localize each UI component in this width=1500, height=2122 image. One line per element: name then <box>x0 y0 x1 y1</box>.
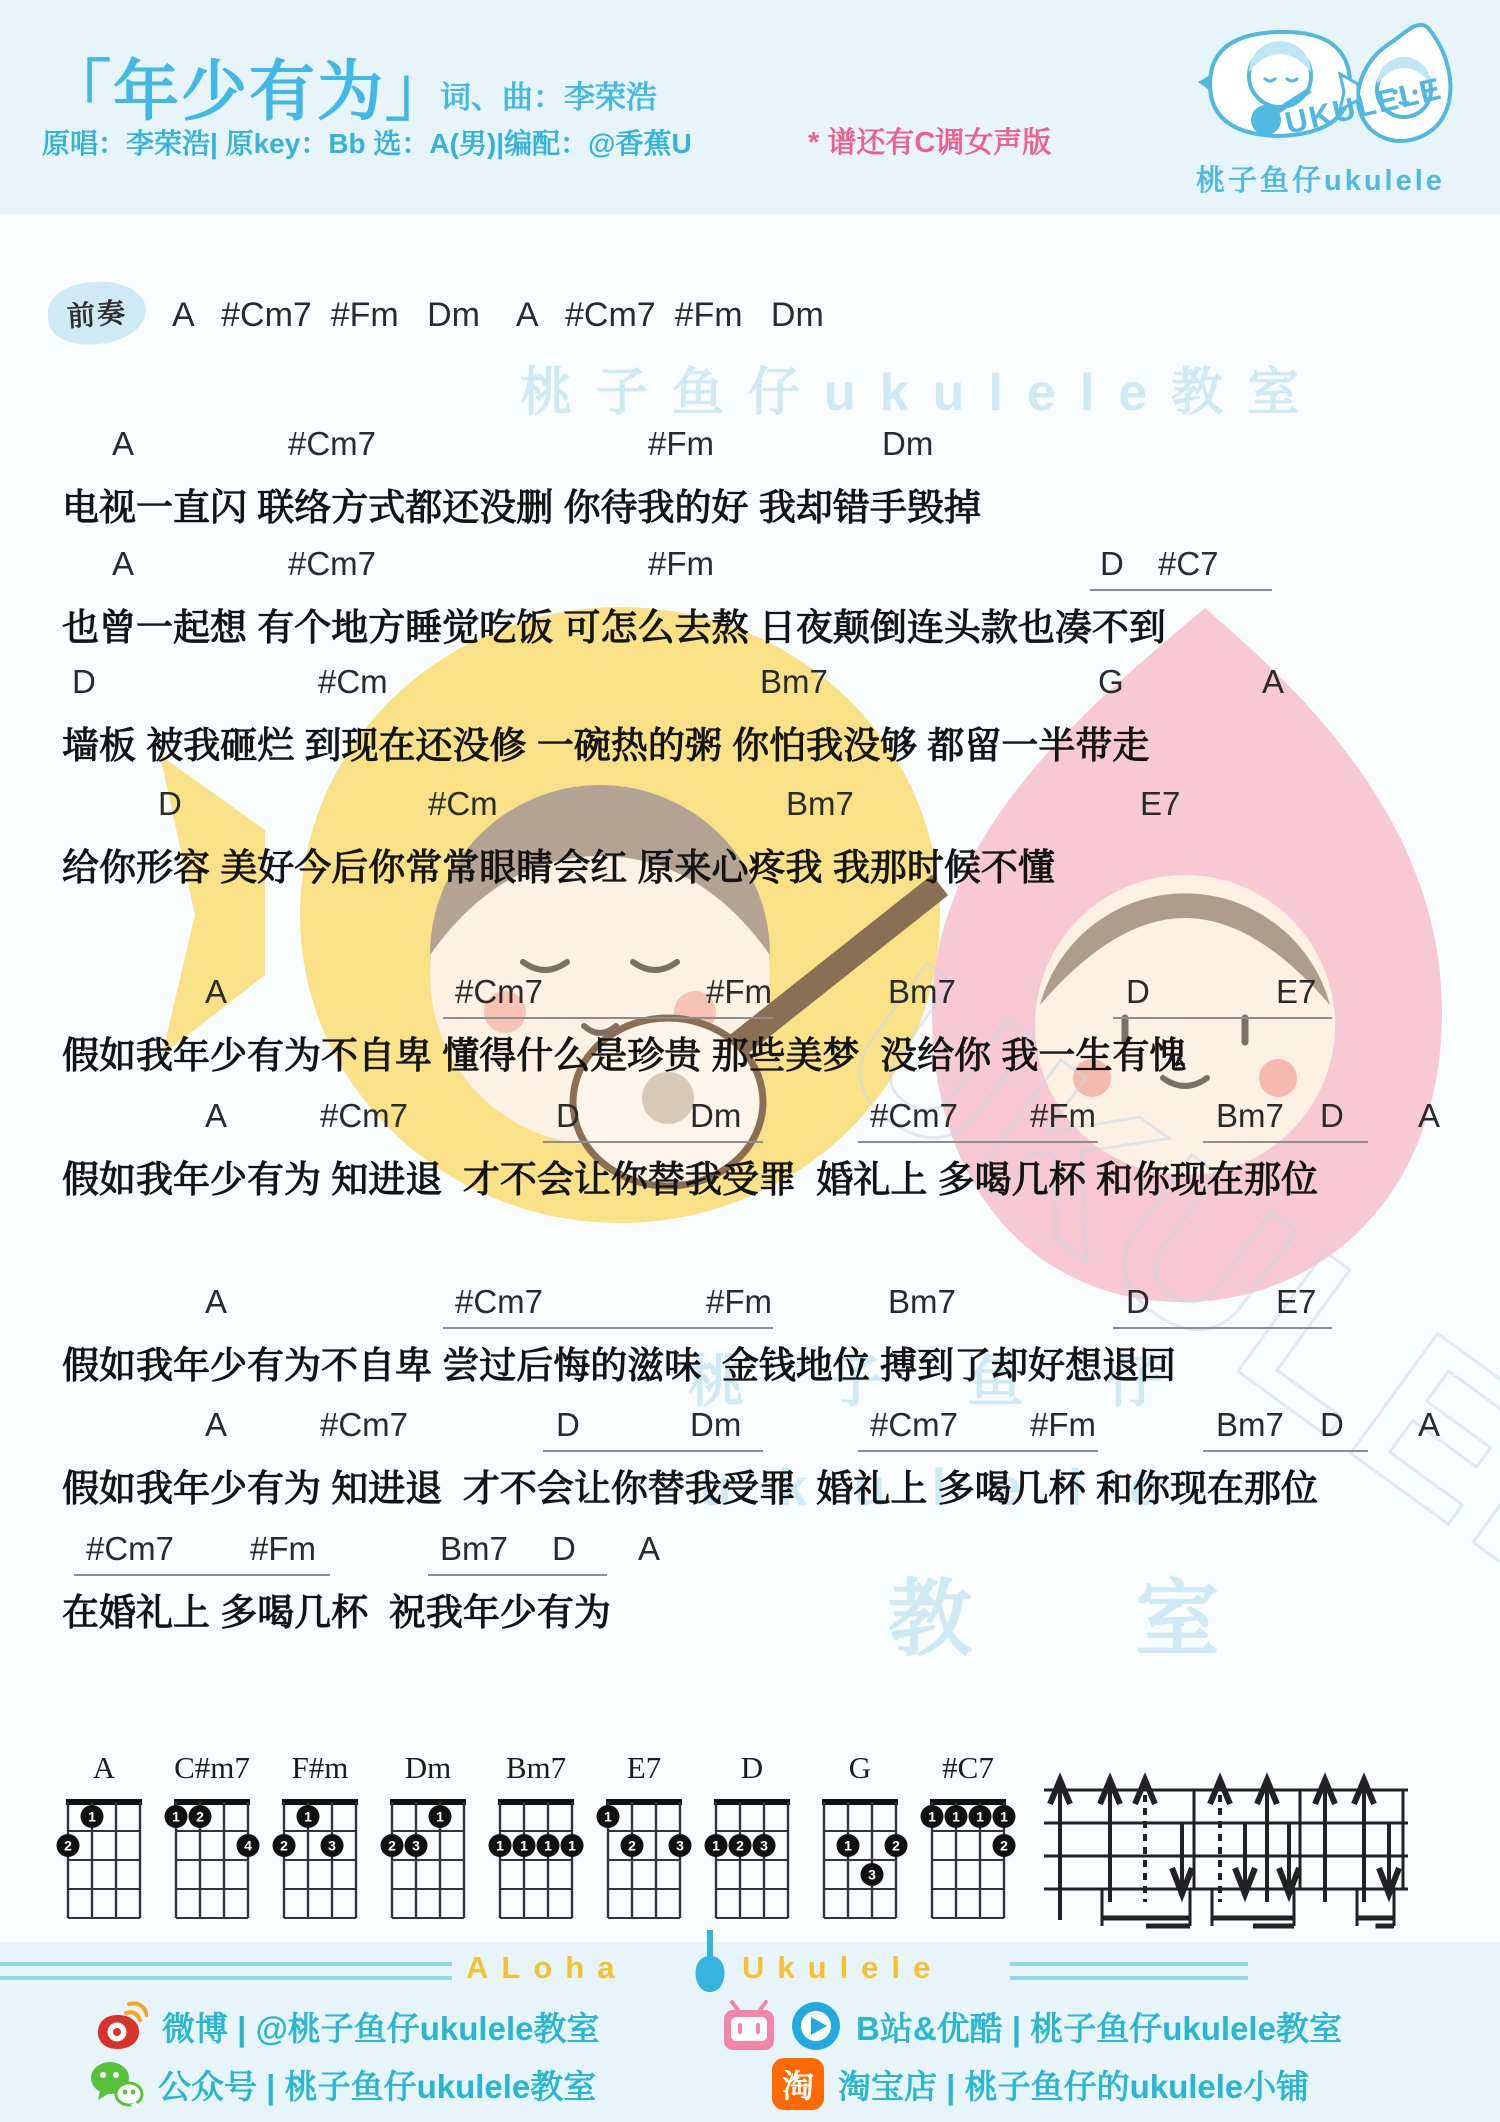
chord: D <box>72 663 96 701</box>
svg-text:1: 1 <box>88 1809 96 1825</box>
chord: #Fm <box>648 545 714 583</box>
chord: #Cm7 <box>455 973 543 1011</box>
song-meta: 原唱：李荣浩| 原key：Bb 选：A(男)|编配：@香蕉U <box>42 122 692 162</box>
svg-text:1: 1 <box>604 1809 612 1825</box>
footer-taobao[interactable]: 淘 淘宝店 | 桃子鱼仔的ukulele小铺 <box>772 2058 1309 2110</box>
chord-diagram-name: F#m <box>268 1750 372 1786</box>
lyric-line: 假如我年少有为不自卑 尝过后悔的滋味 金钱地位 搏到了却好想退回 <box>62 1335 1176 1389</box>
chord-row: A#Cm7#FmBm7DE7 <box>0 1283 1500 1331</box>
chord: D <box>556 1406 580 1444</box>
chord-row: #Cm7#FmBm7DA <box>0 1530 1500 1578</box>
svg-text:3: 3 <box>676 1838 684 1854</box>
down-strum-arrow <box>1235 1823 1255 1894</box>
divider-line <box>0 1962 452 1966</box>
svg-text:1: 1 <box>436 1809 444 1825</box>
chord: D <box>1126 973 1150 1011</box>
chord-grid: 123 <box>594 1786 694 1928</box>
intro-label: 前奏 <box>66 291 129 335</box>
chord-underline <box>858 1141 1098 1143</box>
lyric-line: 假如我年少有为 知进退 才不会让你替我受罪 婚礼上 多喝几杯 和你现在那位 <box>62 1458 1318 1512</box>
svg-text:2: 2 <box>196 1809 204 1825</box>
svg-text:4: 4 <box>244 1838 252 1854</box>
svg-text:1: 1 <box>172 1809 180 1825</box>
svg-text:2: 2 <box>628 1838 636 1854</box>
chord-diagram-name: Bm7 <box>484 1750 588 1786</box>
chord: #Cm7 <box>86 1530 174 1568</box>
svg-text:2: 2 <box>736 1838 744 1854</box>
chord-diagram-name: D <box>700 1750 804 1786</box>
chord: #Cm7 <box>288 425 376 463</box>
svg-text:2: 2 <box>1000 1838 1008 1854</box>
up-strum-arrow <box>1135 1780 1155 1902</box>
chord-diagram-name: Dm <box>376 1750 480 1786</box>
svg-text:1: 1 <box>952 1809 960 1825</box>
chord-underline <box>1203 1141 1368 1143</box>
chord: A <box>1262 663 1284 701</box>
chord-underline <box>1203 1450 1368 1452</box>
divider-word-ukulele: Ukulele <box>742 1950 943 1986</box>
footer-bilibili-youku-label: B站&优酷 | 桃子鱼仔ukulele教室 <box>856 2003 1342 2050</box>
chord: A <box>1418 1406 1440 1444</box>
svg-text:3: 3 <box>868 1867 876 1883</box>
chord: Dm <box>690 1406 741 1444</box>
down-strum-arrow <box>1279 1823 1299 1894</box>
chord-row: D#CmBm7GA <box>0 663 1500 711</box>
chord-row: A#Cm7DDm#Cm7#FmBm7DA <box>0 1097 1500 1145</box>
footer-weibo[interactable]: 微博 | @桃子鱼仔ukulele教室 <box>92 2000 599 2052</box>
chord: #Cm <box>318 663 388 701</box>
chord: #Cm7 <box>870 1097 958 1135</box>
chord: Bm7 <box>888 1283 956 1321</box>
wechat-icon <box>88 2058 144 2110</box>
chord-grid: 123 <box>378 1786 478 1928</box>
chord: Bm7 <box>888 973 956 1011</box>
svg-text:1: 1 <box>844 1838 852 1854</box>
chord: #Fm <box>648 425 714 463</box>
watermark-top: 桃子鱼仔ukulele教室 <box>520 350 1323 425</box>
chord: #Cm7 <box>870 1406 958 1444</box>
svg-text:1: 1 <box>712 1838 720 1854</box>
down-strum-arrow <box>1172 1823 1192 1894</box>
footer-wechat[interactable]: 公众号 | 桃子鱼仔ukulele教室 <box>88 2058 596 2110</box>
svg-text:3: 3 <box>412 1838 420 1854</box>
chord: D <box>158 785 182 823</box>
page-title: 「年少有为」 <box>45 38 453 133</box>
songwriter-credit: 词、曲：李荣浩 <box>440 72 657 117</box>
footer-taobao-label: 淘宝店 | 桃子鱼仔的ukulele小铺 <box>838 2061 1309 2108</box>
chord: A <box>205 1406 227 1444</box>
svg-text:1: 1 <box>520 1838 528 1854</box>
chord-grid: 11112 <box>918 1786 1018 1928</box>
chord: A <box>112 425 134 463</box>
chord: #Cm7 <box>455 1283 543 1321</box>
chord-underline <box>543 1450 763 1452</box>
weibo-icon <box>92 2000 148 2052</box>
svg-text:1: 1 <box>928 1809 936 1825</box>
chord: A <box>638 1530 660 1568</box>
footer-bilibili-youku[interactable]: B站&优酷 | 桃子鱼仔ukulele教室 <box>722 2000 1342 2052</box>
studio-logo: UKULELE <box>1192 12 1472 162</box>
svg-text:3: 3 <box>328 1838 336 1854</box>
version-note: * 谱还有C调女声版 <box>808 120 1051 161</box>
svg-text:2: 2 <box>280 1838 288 1854</box>
svg-text:2: 2 <box>892 1838 900 1854</box>
chord-diagram-name: A <box>52 1750 156 1786</box>
lyric-line: 给你形容 美好今后你常常眼睛会红 原来心疼我 我那时候不懂 <box>62 837 1055 891</box>
chord: #Fm <box>706 973 772 1011</box>
chord: #Cm7 <box>288 545 376 583</box>
svg-text:1: 1 <box>1000 1809 1008 1825</box>
bilibili-icon <box>722 2000 776 2052</box>
chord-diagram: F#m123 <box>268 1750 372 1933</box>
down-strum-arrow <box>1379 1823 1399 1894</box>
svg-text:1: 1 <box>496 1838 504 1854</box>
svg-text:1: 1 <box>568 1838 576 1854</box>
chord-grid: 124 <box>162 1786 262 1928</box>
chord: #Cm7 <box>320 1406 408 1444</box>
chord: A <box>205 973 227 1011</box>
chord-row: D#CmBm7E7 <box>0 785 1500 833</box>
chord-grid: 12 <box>54 1786 154 1928</box>
chord-diagram: G123 <box>808 1750 912 1933</box>
chord: G <box>1098 663 1124 701</box>
chord: Dm <box>690 1097 741 1135</box>
chord-diagram: #C711112 <box>916 1750 1020 1933</box>
strumming-pattern <box>1042 1768 1414 1936</box>
chord: #Fm <box>250 1530 316 1568</box>
chord: Bm7 <box>440 1530 508 1568</box>
chord-underline <box>1113 1327 1332 1329</box>
logo-caption: 桃子鱼仔ukulele <box>1196 158 1445 199</box>
chord: E7 <box>1140 785 1180 823</box>
chord-grid: 123 <box>810 1786 910 1928</box>
lyric-line: 假如我年少有为不自卑 懂得什么是珍贵 那些美梦 没给你 我一生有愧 <box>62 1025 1186 1079</box>
divider-line <box>1010 1976 1248 1980</box>
chord-underline <box>543 1141 763 1143</box>
chord: Bm7 <box>1216 1406 1284 1444</box>
chord: #Fm <box>706 1283 772 1321</box>
chord-diagram-name: #C7 <box>916 1750 1020 1786</box>
svg-text:1: 1 <box>304 1809 312 1825</box>
chord-row: A#Cm7#FmBm7DE7 <box>0 973 1500 1021</box>
lyric-line: 电视一直闪 联络方式都还没删 你待我的好 我却错手毁掉 <box>62 477 981 531</box>
chord: #Fm <box>1030 1406 1096 1444</box>
up-strum-arrow <box>1210 1780 1230 1902</box>
up-strum-arrow <box>1315 1780 1335 1902</box>
chord-diagram: E7123 <box>592 1750 696 1933</box>
footer-weibo-label: 微博 | @桃子鱼仔ukulele教室 <box>162 2003 599 2050</box>
svg-text:3: 3 <box>760 1838 768 1854</box>
chord-underline <box>1090 589 1272 591</box>
chord: #Fm <box>1030 1097 1096 1135</box>
chord-diagram: C#m7124 <box>160 1750 264 1933</box>
chord-row: A#Cm7DDm#Cm7#FmBm7DA <box>0 1406 1500 1454</box>
chord-diagram-name: C#m7 <box>160 1750 264 1786</box>
chord-grid: 123 <box>270 1786 370 1928</box>
chord-underline <box>858 1450 1098 1452</box>
chord: D <box>1320 1097 1344 1135</box>
chord-underline <box>443 1327 773 1329</box>
up-strum-arrow <box>1050 1780 1070 1902</box>
chord-underline <box>443 1017 773 1019</box>
chord-underline <box>428 1574 607 1576</box>
chord: A <box>1418 1097 1440 1135</box>
divider-line <box>0 1976 452 1980</box>
chord: D <box>556 1097 580 1135</box>
chord-diagram-name: G <box>808 1750 912 1786</box>
chord: D <box>1100 545 1124 583</box>
chord: D <box>552 1530 576 1568</box>
up-strum-arrow <box>1100 1780 1120 1902</box>
svg-text:2: 2 <box>64 1838 72 1854</box>
svg-text:1: 1 <box>544 1838 552 1854</box>
svg-text:2: 2 <box>388 1838 396 1854</box>
intro-badge: 前奏 <box>46 279 148 348</box>
chord-row: A#Cm7#FmD#C7 <box>0 545 1500 593</box>
chord: E7 <box>1276 1283 1316 1321</box>
svg-text:1: 1 <box>976 1809 984 1825</box>
chord: Bm7 <box>786 785 854 823</box>
chord: A <box>205 1283 227 1321</box>
lyric-line: 在婚礼上 多喝几杯 祝我年少有为 <box>62 1582 611 1636</box>
ukulele-icon <box>688 1930 732 1992</box>
youku-icon <box>790 2000 842 2052</box>
divider-word-aloha: ALoha <box>466 1950 627 1986</box>
chord: Bm7 <box>1216 1097 1284 1135</box>
chord: #Cm7 <box>320 1097 408 1135</box>
taobao-icon: 淘 <box>772 2058 824 2110</box>
chord: D <box>1320 1406 1344 1444</box>
chord-underline <box>1113 1017 1332 1019</box>
footer-wechat-label: 公众号 | 桃子鱼仔ukulele教室 <box>158 2061 596 2108</box>
lyric-line: 假如我年少有为 知进退 才不会让你替我受罪 婚礼上 多喝几杯 和你现在那位 <box>62 1149 1318 1203</box>
up-strum-arrow <box>1257 1780 1277 1902</box>
chord-underline <box>74 1574 330 1576</box>
chord-row: A#Cm7#FmDm <box>0 425 1500 473</box>
chord-grid: 1111 <box>486 1786 586 1928</box>
chord: A <box>112 545 134 583</box>
chord: #Cm <box>428 785 498 823</box>
chord-diagram: Bm71111 <box>484 1750 588 1933</box>
intro-chords: A #Cm7 #Fm Dm A #Cm7 #Fm Dm <box>172 296 824 335</box>
chord: D <box>1126 1283 1150 1321</box>
chord: Bm7 <box>760 663 828 701</box>
lyric-line: 墙板 被我砸烂 到现在还没修 一碗热的粥 你怕我没够 都留一半带走 <box>62 715 1149 769</box>
chord-diagram-name: E7 <box>592 1750 696 1786</box>
divider-line <box>1010 1962 1248 1966</box>
chord: A <box>205 1097 227 1135</box>
lyric-line: 也曾一起想 有个地方睡觉吃饭 可怎么去熬 日夜颠倒连头款也凑不到 <box>62 597 1166 651</box>
chord: #C7 <box>1158 545 1219 583</box>
chord: E7 <box>1276 973 1316 1011</box>
chord-diagram: Dm123 <box>376 1750 480 1933</box>
chord-diagram: A12 <box>52 1750 156 1933</box>
chord-diagram: D123 <box>700 1750 804 1933</box>
chord: Dm <box>882 425 933 463</box>
up-strum-arrow <box>1354 1780 1374 1902</box>
chord-grid: 123 <box>702 1786 802 1928</box>
